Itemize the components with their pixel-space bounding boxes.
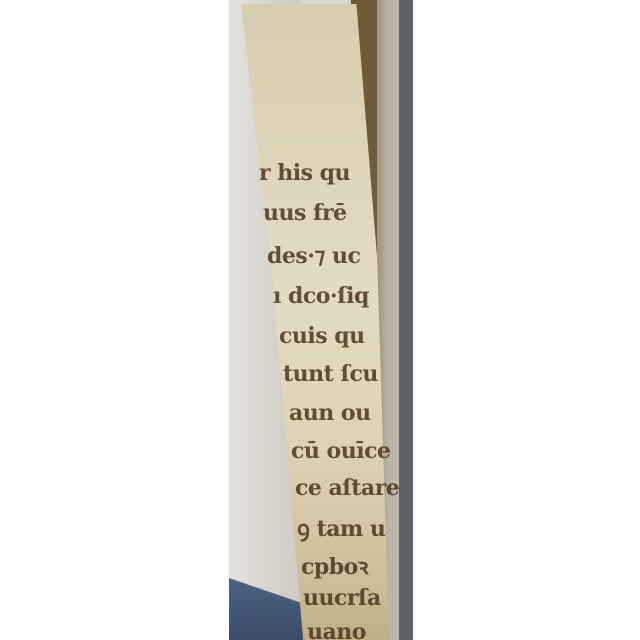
text-line: ı dco·ſiq [273,283,369,309]
text-line: r his qu [259,160,350,186]
text-line: cū ouīce [291,438,390,464]
text-line: ꝯ tam u [297,513,385,543]
text-line: uano [307,619,366,640]
text-line: uus frē [263,200,347,226]
text-line: uucrſa [303,585,381,611]
text-line: des·⁊ uc [267,243,360,269]
text-line: cpboꝛ [301,551,368,581]
text-line: cuis qu [279,323,365,349]
right-edge [399,0,413,640]
manuscript-photo: r his qu uus frē des·⁊ uc ı dco·ſiq cuis… [229,0,413,640]
text-line: ce aſtare [295,475,399,501]
text-line: tunt ſcu [283,361,378,387]
text-line: aun ou [289,400,371,426]
